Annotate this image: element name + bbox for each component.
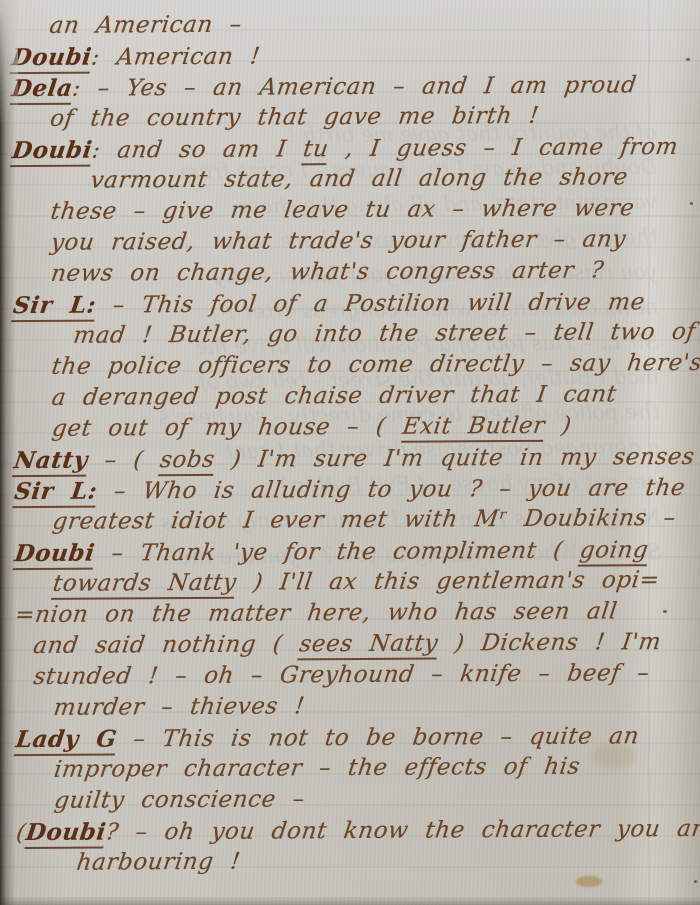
- handwritten-text: and said nothing (: [32, 631, 302, 659]
- manuscript-line: a deranged post chaise driver that I can…: [50, 379, 700, 414]
- handwritten-text: greatest idiot I ever met with Mʳ Doubik…: [51, 505, 678, 535]
- manuscript-line: the police officers to come directly – s…: [50, 348, 700, 383]
- speaker-name: Sir L:: [11, 292, 98, 323]
- manuscript-line: of the country that gave me birth !: [48, 100, 700, 135]
- manuscript-line: Doubi: and so am I tu , I guess – I came…: [10, 131, 700, 166]
- handwritten-text: , I guess – I came from: [327, 134, 680, 162]
- speaker-name: Sir L:: [12, 478, 99, 509]
- manuscript-line: Doubi: American !: [10, 38, 700, 73]
- speaker-name: Natty: [12, 447, 90, 477]
- manuscript-line: get out of my house – ( Exit Butler ): [50, 410, 700, 445]
- handwritten-text: ): [543, 413, 573, 439]
- ink-speck: [694, 880, 697, 883]
- underlined-phrase: towards Natty: [51, 570, 238, 600]
- manuscript-line: Dela: – Yes – an American – and I am pro…: [10, 69, 700, 104]
- manuscript-line: mad ! Butler, go into the street – tell …: [71, 317, 700, 352]
- handwritten-text: – (: [86, 447, 162, 473]
- handwritten-text: ) I'm sure I'm quite in my senses –: [213, 444, 700, 473]
- handwritten-text: ) I'll ax this gentleman's opi=: [235, 567, 662, 596]
- manuscript-line: Natty – ( sobs ) I'm sure I'm quite in m…: [12, 441, 700, 476]
- ink-speck: [690, 202, 693, 205]
- handwritten-text: – This is not to be borne – quite an: [115, 723, 641, 752]
- page-crease: [648, 0, 650, 905]
- bottom-edge-shadow: [0, 897, 700, 905]
- handwritten-text: of the country that gave me birth !: [49, 103, 541, 132]
- speaker-name: Doubi: [10, 44, 94, 75]
- handwritten-text: these – give me leave tu ax – where were: [49, 195, 636, 225]
- manuscript-line: =nion on the matter here, who has seen a…: [13, 596, 700, 631]
- manuscript-line: murder – thieves !: [52, 689, 700, 724]
- speaker-name: Doubi: [13, 540, 97, 571]
- manuscript-line: you raised, what trade's your father – a…: [49, 224, 700, 259]
- handwritten-text: varmount state, and all along the shore: [89, 164, 630, 193]
- handwritten-text: ) Dickens ! I'm: [436, 629, 663, 656]
- manuscript-page: of the country that gave me birth !Doubi…: [0, 0, 700, 905]
- underlined-phrase: going: [578, 537, 650, 566]
- handwritten-text: – This fool of a Postilion will drive me: [94, 289, 646, 318]
- handwritten-text: : American !: [90, 44, 262, 71]
- handwritten-text: harbouring !: [75, 849, 242, 876]
- manuscript-line: these – give me leave tu ax – where were: [49, 193, 700, 228]
- manuscript-line: Doubi – Thank 'ye for the compliment ( g…: [13, 534, 700, 569]
- handwritten-text: improper character – the effects of his: [52, 754, 581, 783]
- handwritten-text: – Who is alluding to you ? – you are the: [95, 475, 687, 505]
- manuscript-line: varmount state, and all along the shore: [88, 162, 700, 197]
- ink-speck: [663, 610, 667, 613]
- speaker-name: Lady G: [14, 725, 119, 756]
- ink-speck: [686, 58, 690, 61]
- paper-stain: [592, 744, 636, 768]
- manuscript-line: and said nothing ( sees Natty ) Dickens …: [31, 627, 700, 662]
- handwritten-text: : – Yes – an American – and I am proud: [71, 72, 639, 101]
- handwritten-text: an American –: [48, 12, 244, 39]
- handwritten-text: mad ! Butler, go into the street – tell …: [72, 319, 698, 349]
- paper-stain: [576, 876, 602, 887]
- underlined-phrase: sees Natty: [297, 630, 439, 660]
- handwritten-text: guilty conscience –: [53, 786, 307, 814]
- manuscript-line: greatest idiot I ever met with Mʳ Doubik…: [51, 503, 700, 538]
- manuscript-line: Sir L: – Who is alluding to you ? – you …: [12, 472, 700, 507]
- binding-shadow-fade: [0, 0, 18, 130]
- handwritten-text: ? – oh you dont know the character you a…: [104, 816, 700, 846]
- handwritten-text: the police officers to come directly – s…: [50, 350, 700, 380]
- handwritten-text: murder – thieves !: [52, 693, 306, 721]
- speaker-name: Doubi: [10, 137, 94, 168]
- manuscript-line: Sir L: – This fool of a Postilion will d…: [11, 286, 700, 321]
- speaker-name: Doubi: [24, 819, 108, 850]
- handwritten-text: : and so am I: [90, 136, 305, 163]
- handwritten-text: you raised, what trade's your father – a…: [49, 226, 627, 256]
- binding-shadow: [0, 0, 16, 905]
- manuscript-line: an American –: [48, 7, 700, 42]
- speaker-name: Dela: [10, 75, 75, 105]
- handwritten-text: get out of my house – (: [50, 414, 404, 442]
- manuscript-line: (Doubi? – oh you dont know the character…: [14, 813, 700, 848]
- handwritten-text: =nion on the matter here, who has seen a…: [14, 598, 619, 628]
- handwritten-text: stunded ! – oh – Greyhound – knife – bee…: [32, 660, 651, 690]
- handwritten-text: a deranged post chaise driver that I can…: [50, 381, 618, 410]
- manuscript-line: guilty conscience –: [52, 782, 700, 817]
- handwritten-text: news on change, what's congress arter ?: [49, 257, 605, 286]
- manuscript-line: towards Natty ) I'll ax this gentleman's…: [51, 565, 700, 600]
- manuscript-line: harbouring !: [75, 844, 700, 879]
- underlined-phrase: Exit Butler: [401, 413, 547, 443]
- manuscript-line: news on change, what's congress arter ?: [49, 255, 700, 290]
- underlined-phrase: sobs: [158, 447, 216, 476]
- manuscript-line: stunded ! – oh – Greyhound – knife – bee…: [32, 658, 700, 693]
- handwritten-text: – Thank 'ye for the compliment (: [93, 538, 582, 567]
